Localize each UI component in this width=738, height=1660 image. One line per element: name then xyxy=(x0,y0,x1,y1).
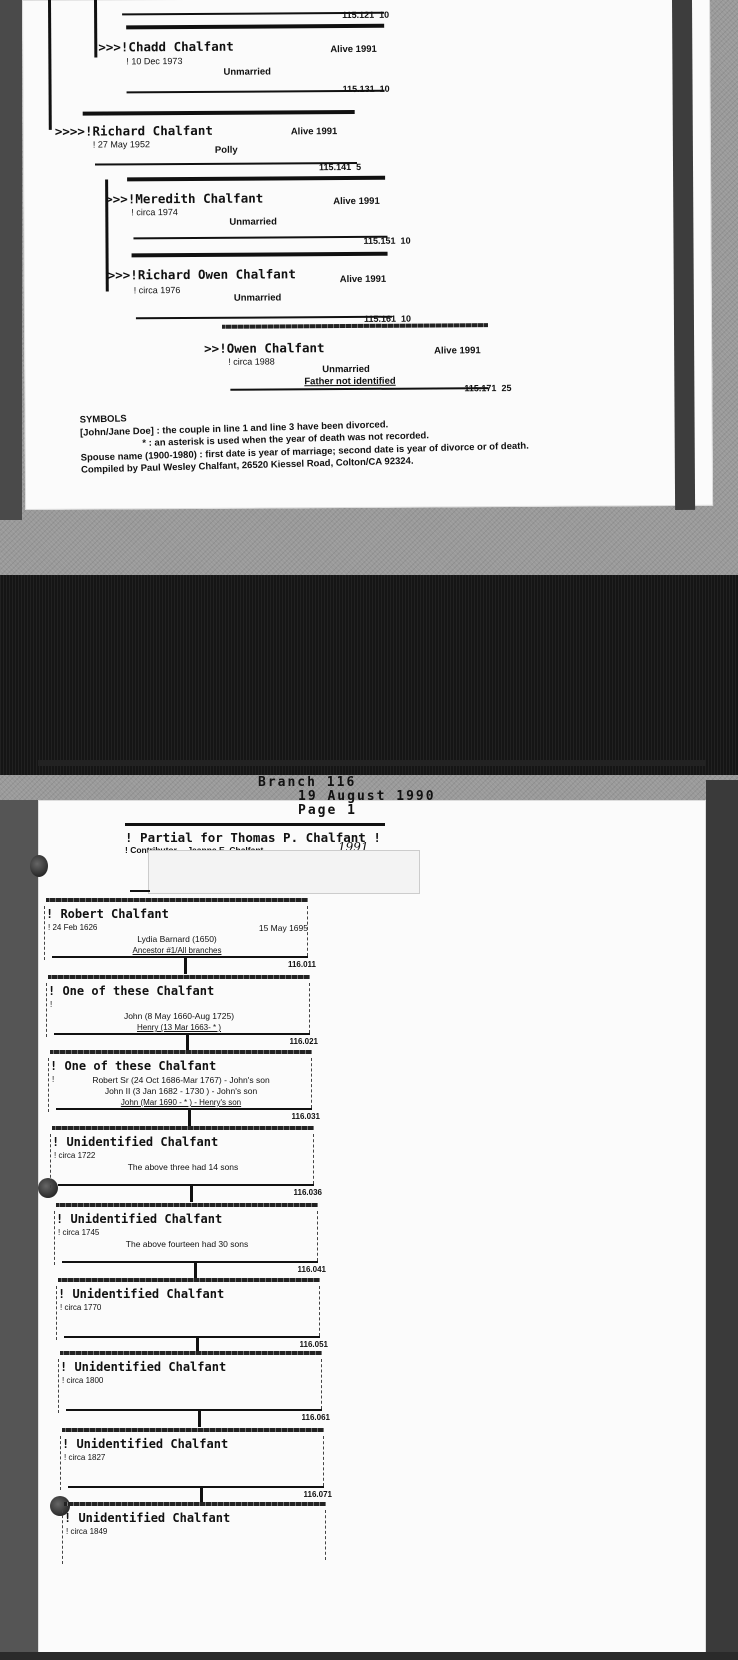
top-page: 115.121 10 >>>!Chadd Chalfant ! 10 Dec 1… xyxy=(22,0,713,510)
record-left-edge xyxy=(46,983,47,1037)
tree-connector xyxy=(184,956,187,974)
faint-stamp xyxy=(148,850,420,894)
record-left-edge xyxy=(48,1058,49,1112)
page-top-edge xyxy=(38,760,706,766)
record-name: ! One of these Chalfant xyxy=(50,1059,216,1073)
ancestor-record[interactable]: ! Unidentified Chalfant ! circa 1745 The… xyxy=(56,1203,318,1279)
record-date: ! circa 1770 xyxy=(60,1303,101,1312)
record-richard-owen[interactable]: >>>!Richard Owen Chalfant ! circa 1976 A… xyxy=(108,252,388,328)
tree-connector xyxy=(194,1261,197,1279)
record-owen[interactable]: >>!Owen Chalfant ! circa 1988 Alive 1991… xyxy=(204,323,488,397)
branch-heading: Branch 116 xyxy=(258,776,356,790)
ancestor-record[interactable]: ! Unidentified Chalfant ! circa 1849 xyxy=(64,1502,326,1578)
record-name: ! Unidentified Chalfant xyxy=(58,1287,224,1301)
scanner-gap xyxy=(0,575,738,775)
record-name: ! Unidentified Chalfant xyxy=(64,1511,230,1525)
page-edge-shadow xyxy=(672,0,695,510)
record-right-edge xyxy=(311,1058,312,1108)
record-left-edge xyxy=(58,1359,59,1413)
record-right-edge xyxy=(313,1134,314,1184)
ancestor-record[interactable]: ! One of these Chalfant ! John (8 May 16… xyxy=(48,975,310,1051)
record-date: ! circa 1849 xyxy=(66,1527,107,1536)
record-left-edge xyxy=(56,1286,57,1340)
record-left-edge xyxy=(50,1134,51,1188)
record-date: ! 24 Feb 1626 xyxy=(48,923,97,932)
record-date: ! circa 1745 xyxy=(58,1228,99,1237)
record-right-edge xyxy=(307,906,308,956)
ancestor-record[interactable]: ! Unidentified Chalfant ! circa 1800 116… xyxy=(60,1351,322,1427)
record-name: ! Unidentified Chalfant xyxy=(56,1212,222,1226)
page-number: Page 1 xyxy=(298,804,357,818)
record-id: 116.031 xyxy=(292,1112,320,1121)
tree-line xyxy=(94,0,97,58)
ancestor-record[interactable]: ! Unidentified Chalfant ! circa 1827 116… xyxy=(62,1428,324,1504)
record-line: John (Mar 1690 - * ) - Henry's son xyxy=(50,1098,312,1107)
record-id: 116.041 xyxy=(298,1265,326,1274)
record-line: The above three had 14 sons xyxy=(52,1162,314,1172)
record-meredith[interactable]: >>>!Meredith Chalfant ! circa 1974 Alive… xyxy=(105,176,385,250)
record-line: Ancestor #1/All branches xyxy=(46,946,308,955)
tree-connector xyxy=(190,1184,193,1202)
record-id: 116.036 xyxy=(294,1188,322,1197)
ancestor-record[interactable]: ! Unidentified Chalfant ! circa 1770 116… xyxy=(58,1278,320,1354)
record-line: Henry (13 Mar 1663- * ) xyxy=(48,1023,310,1032)
record-right-edge xyxy=(309,983,310,1033)
record-id: 116.051 xyxy=(300,1340,328,1349)
record-date: ! circa 1827 xyxy=(64,1453,105,1462)
page-edge-shadow xyxy=(0,0,22,520)
branch-date: 19 August 1990 xyxy=(298,790,436,804)
symbols-legend: SYMBOLS [John/Jane Doe] : the couple in … xyxy=(80,403,530,478)
record-left-edge xyxy=(60,1436,61,1490)
record-name: ! Unidentified Chalfant xyxy=(62,1437,228,1451)
record-id: 116.011 xyxy=(288,960,316,969)
punch-hole xyxy=(30,855,48,877)
ancestor-record[interactable]: ! One of these Chalfant ! Robert Sr (24 … xyxy=(50,1050,312,1126)
record-right-edge xyxy=(323,1436,324,1486)
record-date: ! circa 1722 xyxy=(54,1151,95,1160)
record-name: ! Unidentified Chalfant xyxy=(52,1135,218,1149)
record-id: 115.121 10 xyxy=(342,10,389,20)
record-id: 116.021 xyxy=(290,1037,318,1046)
record-richard[interactable]: >>>>!Richard Chalfant ! 27 May 1952 Aliv… xyxy=(55,110,355,180)
record-chadd[interactable]: >>>!Chadd Chalfant ! 10 Dec 1973 Alive 1… xyxy=(98,24,384,98)
ancestor-record[interactable]: ! Unidentified Chalfant ! circa 1722 The… xyxy=(52,1126,314,1202)
record-line: Lydia Barnard (1650) xyxy=(46,934,308,944)
ancestor-record[interactable]: ! Robert Chalfant ! 24 Feb 1626 15 May 1… xyxy=(46,898,308,974)
scan-bottom-edge xyxy=(0,1652,738,1660)
record-name: ! One of these Chalfant xyxy=(48,984,214,998)
record-line: John II (3 Jan 1682 - 1730 ) - John's so… xyxy=(50,1086,312,1096)
record-left-edge xyxy=(62,1510,63,1564)
page-edge-shadow xyxy=(0,800,38,1660)
record-right-edge xyxy=(325,1510,326,1560)
record-name: ! Unidentified Chalfant xyxy=(60,1360,226,1374)
record-right-edge xyxy=(319,1286,320,1336)
record-id: 116.071 xyxy=(304,1490,332,1499)
record-date: ! xyxy=(50,1000,52,1009)
record-line: The above fourteen had 30 sons xyxy=(56,1239,318,1249)
record-line: Robert Sr (24 Oct 1686-Mar 1767) - John'… xyxy=(50,1075,312,1085)
record-date: ! circa 1800 xyxy=(62,1376,103,1385)
record-right-edge xyxy=(317,1211,318,1261)
bracket-line xyxy=(130,890,150,892)
record-left-edge xyxy=(44,906,45,960)
tree-connector xyxy=(188,1108,191,1126)
tree-line xyxy=(48,0,52,130)
record-left-edge xyxy=(54,1211,55,1265)
tree-connector xyxy=(186,1033,189,1051)
record-death: 15 May 1695 xyxy=(259,923,308,933)
record-name: ! Robert Chalfant xyxy=(46,907,169,921)
page-edge-shadow xyxy=(706,780,738,1660)
record-right-edge xyxy=(321,1359,322,1409)
record-id: 116.061 xyxy=(302,1413,330,1422)
record-line: John (8 May 1660-Aug 1725) xyxy=(48,1011,310,1021)
tree-connector xyxy=(198,1409,201,1427)
